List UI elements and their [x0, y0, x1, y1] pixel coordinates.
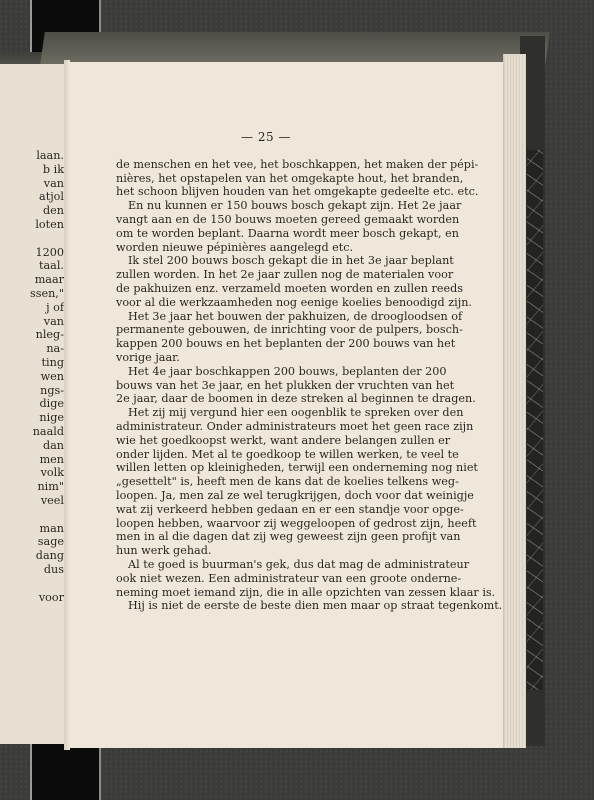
left-page-fragment: ngs- — [30, 384, 64, 398]
text-line: wat zij verkeerd hebben gedaan en er een… — [116, 503, 416, 517]
left-page-fragment: men — [30, 453, 64, 467]
left-page-fragment: van — [30, 315, 64, 329]
left-page-fragment: sage — [30, 535, 64, 549]
marbled-cover-edge — [527, 150, 543, 690]
text-line: Hij is niet de eerste de beste dien men … — [116, 599, 416, 613]
text-line: administrateur. Onder administrateurs mo… — [116, 420, 416, 434]
left-page-fragment: wen — [30, 370, 64, 384]
text-line: willen letten op kleinigheden, terwijl e… — [116, 461, 416, 475]
text-line: voor al die werkzaamheden nog eenige koe… — [116, 296, 416, 310]
text-line: wie het goedkoopst werkt, want andere be… — [116, 434, 416, 448]
text-line: loopen hebben, waarvoor zij weggeloopen … — [116, 517, 416, 531]
left-page-fragment: na- — [30, 342, 64, 356]
left-page-fragment — [30, 577, 64, 591]
left-page-fragment: j of — [30, 301, 64, 315]
text-line: Het zij mij vergund hier een oogenblik t… — [116, 406, 416, 420]
text-line: Al te goed is buurman's gek, dus dat mag… — [116, 558, 416, 572]
left-page-fragment: nige — [30, 411, 64, 425]
page-number: — 25 — — [116, 131, 416, 145]
left-page-fragment: nim" — [30, 480, 64, 494]
book-gutter — [64, 60, 70, 750]
left-page-fragment: volk — [30, 466, 64, 480]
text-line: om te worden beplant. Daarna wordt meer … — [116, 227, 416, 241]
left-page-fragment: naald — [30, 425, 64, 439]
left-page-fragment: atjol — [30, 190, 64, 204]
text-line: ook niet wezen. Een administrateur van e… — [116, 572, 416, 586]
left-page-fragment: dang — [30, 549, 64, 563]
left-page-fragment: loten — [30, 218, 64, 232]
text-line: permanente gebouwen, de inrichting voor … — [116, 323, 416, 337]
left-page-fragment: b ik — [30, 163, 64, 177]
text-line: het schoon blijven houden van het omgeka… — [116, 185, 416, 199]
left-page-fragment: den — [30, 204, 64, 218]
left-page-fragment: dige — [30, 397, 64, 411]
text-line: En nu kunnen er 150 bouws bosch gekapt z… — [116, 199, 416, 213]
left-page-fragment: ting — [30, 356, 64, 370]
text-line: nières, het opstapelen van het omgekapte… — [116, 172, 416, 186]
left-page-fragment: van — [30, 177, 64, 191]
text-line: „gesettelt" is, heeft men de kans dat de… — [116, 475, 416, 489]
text-line: de menschen en het vee, het boschkappen,… — [116, 158, 416, 172]
text-line: kappen 200 bouws en het beplanten der 20… — [116, 337, 416, 351]
text-line: 2e jaar, daar de boomen in deze streken … — [116, 392, 416, 406]
left-page-fragment: taal. — [30, 259, 64, 273]
text-line: men in al die dagen dat zij weg geweest … — [116, 530, 416, 544]
left-page-fragment: laan. — [30, 149, 64, 163]
paragraph-lines: de menschen en het vee, het boschkappen,… — [116, 158, 506, 613]
left-page-fragment: man — [30, 522, 64, 536]
left-page-fragment: 1200 — [30, 246, 64, 260]
left-page-fragment: dan — [30, 439, 64, 453]
left-page-fragment — [30, 232, 64, 246]
text-line: bouws van het 3e jaar, en het plukken de… — [116, 379, 416, 393]
left-page-fragment: veel — [30, 494, 64, 508]
page-edges — [503, 54, 526, 748]
left-page-fragment — [30, 508, 64, 522]
text-line: Het 3e jaar het bouwen der pakhuizen, de… — [116, 310, 416, 324]
text-line: vangt aan en de 150 bouws moeten gereed … — [116, 213, 416, 227]
left-page-fragment: ssen," — [30, 287, 64, 301]
text-line: Het 4e jaar boschkappen 200 bouws, bepla… — [116, 365, 416, 379]
text-line: Ik stel 200 bouws bosch gekapt die in he… — [116, 254, 416, 268]
text-line: vorige jaar. — [116, 351, 416, 365]
page-body: — 25 — de menschen en het vee, het bosch… — [116, 131, 506, 613]
text-line: neming moet iemand zijn, die in alle opz… — [116, 586, 416, 600]
book-block-top-edge — [40, 32, 550, 66]
left-page-fragment: maar — [30, 273, 64, 287]
text-line: hun werk gehad. — [116, 544, 416, 558]
left-page-text-fragments: laan.b ikvanatjoldenloten 1200taal.maars… — [30, 149, 64, 604]
text-line: zullen worden. In het 2e jaar zullen nog… — [116, 268, 416, 282]
text-line: de pakhuizen enz. verzameld moeten worde… — [116, 282, 416, 296]
text-line: loopen. Ja, men zal ze wel terugkrijgen,… — [116, 489, 416, 503]
left-page-fragment: nleg- — [30, 328, 64, 342]
left-page-fragment: voor — [30, 591, 64, 605]
text-line: onder lijden. Met al te goedkoop te will… — [116, 448, 416, 462]
left-page-fragment: dus — [30, 563, 64, 577]
text-line: worden nieuwe pépinières aangelegd etc. — [116, 241, 416, 255]
